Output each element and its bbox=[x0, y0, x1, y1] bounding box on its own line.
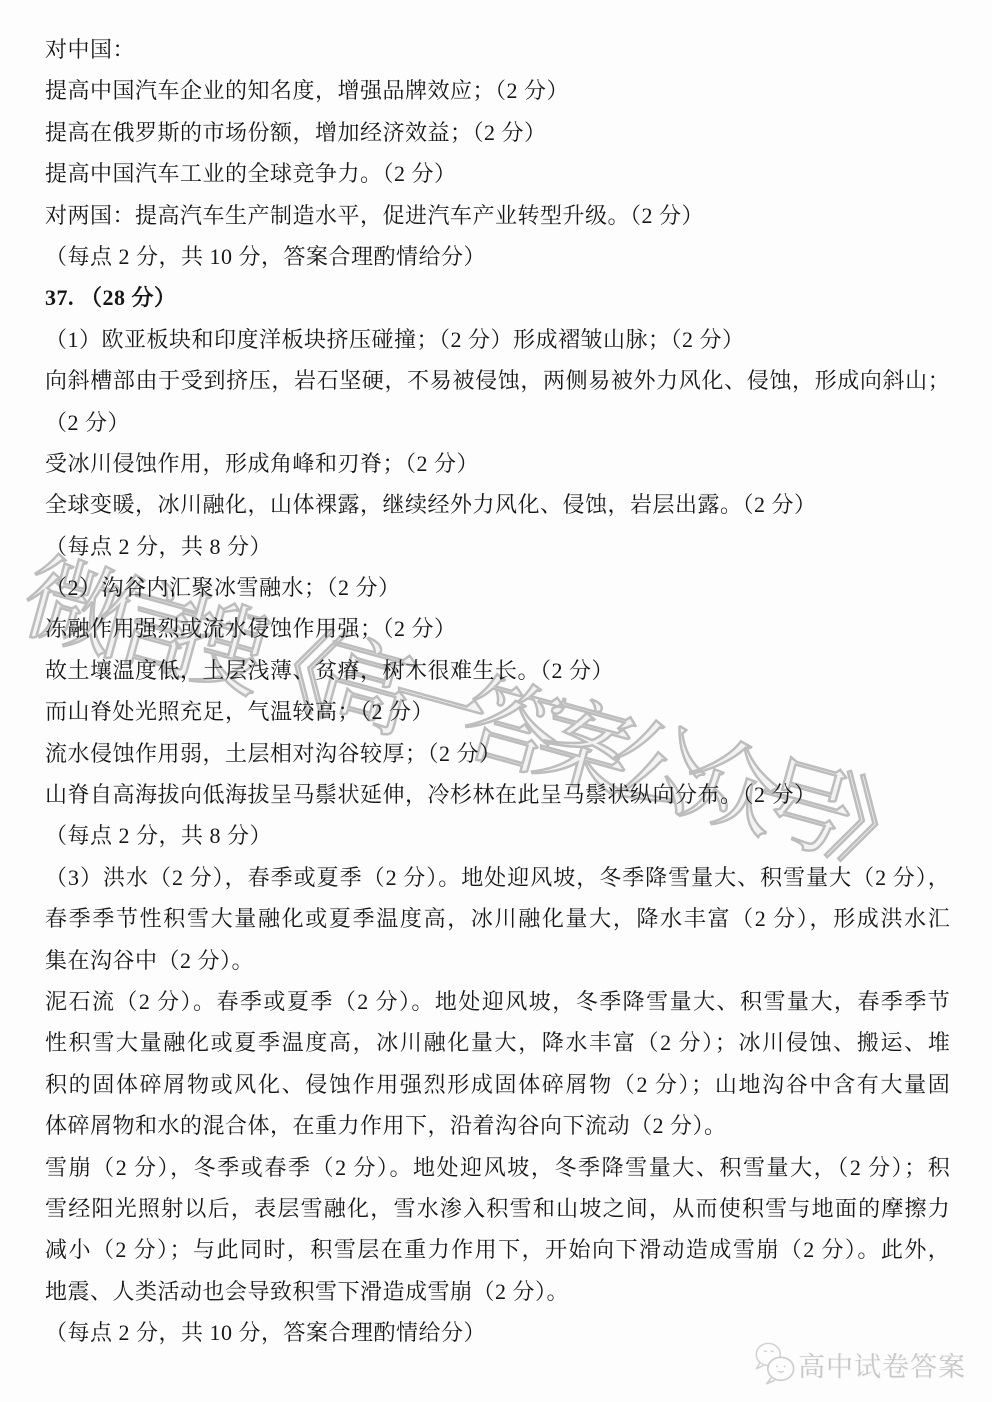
doc-line: 集在沟谷中（2 分）。 bbox=[45, 940, 950, 981]
doc-line: 性积雪大量融化或夏季温度高，冰川融化量大，降水丰富（2 分）；冰川侵蚀、搬运、堆 bbox=[45, 1022, 950, 1063]
doc-line: 对两国：提高汽车生产制造水平，促进汽车产业转型升级。（2 分） bbox=[45, 195, 950, 236]
doc-line: 减小（2 分）；与此同时，积雪层在重力作用下，开始向下滑动造成雪崩（2 分）。此… bbox=[45, 1229, 950, 1270]
doc-line: 故土壤温度低，土层浅薄、贫瘠，树木很难生长。（2 分） bbox=[45, 650, 950, 691]
doc-line: 冻融作用强烈或流水侵蚀作用强；（2 分） bbox=[45, 608, 950, 649]
doc-line: 雪经阳光照射以后，表层雪融化，雪水渗入积雪和山坡之间，从而使积雪与地面的摩擦力 bbox=[45, 1188, 950, 1229]
doc-line: （每点 2 分，共 10 分，答案合理酌情给分） bbox=[45, 236, 950, 277]
doc-line: （每点 2 分，共 8 分） bbox=[45, 815, 950, 856]
chat-bubbles-icon bbox=[752, 1341, 798, 1387]
doc-line: 全球变暖，冰川融化，山体裸露，继续经外力风化、侵蚀，岩层出露。（2 分） bbox=[45, 484, 950, 525]
doc-line: （3）洪水（2 分），春季或夏季（2 分）。地处迎风坡，冬季降雪量大、积雪量大（… bbox=[45, 857, 950, 898]
doc-line: （2）沟谷内汇聚冰雪融水；（2 分） bbox=[45, 567, 950, 608]
doc-line: 对中国： bbox=[45, 29, 950, 70]
doc-line: 流水侵蚀作用弱，土层相对沟谷较厚；（2 分） bbox=[45, 733, 950, 774]
doc-line: 提高中国汽车工业的全球竞争力。（2 分） bbox=[45, 153, 950, 194]
question-37-header: 37. （28 分） bbox=[45, 277, 950, 318]
document-page: 微信搜《高一答案公众号》 对中国： 提高中国汽车企业的知名度，增强品牌效应；（2… bbox=[0, 0, 992, 1402]
doc-line: 雪崩（2 分），冬季或春季（2 分）。地处迎风坡，冬季降雪量大、积雪量大，（2 … bbox=[45, 1147, 950, 1188]
doc-line: 提高中国汽车企业的知名度，增强品牌效应；（2 分） bbox=[45, 70, 950, 111]
answer-text-block: 对中国： 提高中国汽车企业的知名度，增强品牌效应；（2 分） 提高在俄罗斯的市场… bbox=[45, 29, 950, 1354]
doc-line: 而山脊处光照充足，气温较高；（2 分） bbox=[45, 691, 950, 732]
doc-line: 向斜槽部由于受到挤压，岩石坚硬，不易被侵蚀，两侧易被外力风化、侵蚀，形成向斜山； bbox=[45, 360, 950, 401]
doc-line: 山脊自高海拔向低海拔呈马鬃状延伸，冷杉林在此呈马鬃状纵向分布。（2 分） bbox=[45, 774, 950, 815]
doc-line: 地震、人类活动也会导致积雪下滑造成雪崩（2 分）。 bbox=[45, 1271, 950, 1312]
doc-line: 春季季节性积雪大量融化或夏季温度高，冰川融化量大，降水丰富（2 分），形成洪水汇 bbox=[45, 898, 950, 939]
doc-line: （1）欧亚板块和印度洋板块挤压碰撞；（2 分）形成褶皱山脉；（2 分） bbox=[45, 319, 950, 360]
doc-line: （2 分） bbox=[45, 402, 950, 443]
doc-line: 提高在俄罗斯的市场份额，增加经济效益；（2 分） bbox=[45, 112, 950, 153]
footer-watermark-label: 高中试卷答案 bbox=[798, 1345, 966, 1384]
doc-line: 积的固体碎屑物或风化、侵蚀作用强烈形成固体碎屑物（2 分）；山地沟谷中含有大量固 bbox=[45, 1064, 950, 1105]
doc-line: 泥石流（2 分）。春季或夏季（2 分）。地处迎风坡，冬季降雪量大、积雪量大，春季… bbox=[45, 981, 950, 1022]
doc-line: 受冰川侵蚀作用，形成角峰和刃脊；（2 分） bbox=[45, 443, 950, 484]
doc-line: 体碎屑物和水的混合体，在重力作用下，沿着沟谷向下流动（2 分）。 bbox=[45, 1105, 950, 1146]
footer-watermark: 高中试卷答案 bbox=[752, 1338, 972, 1390]
doc-line: （每点 2 分，共 8 分） bbox=[45, 526, 950, 567]
